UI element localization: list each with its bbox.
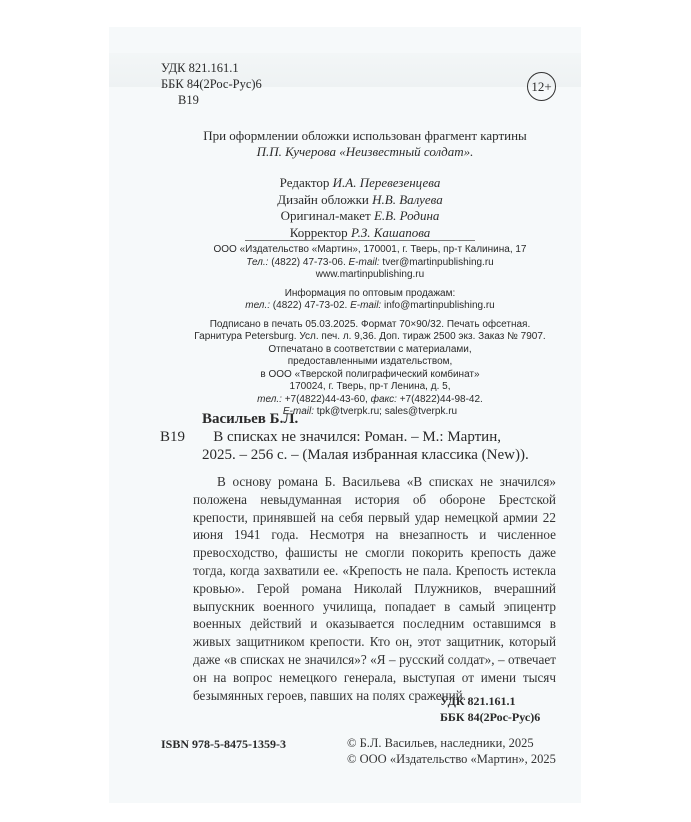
printer-name: в ООО «Тверской полиграфический комбинат… [160,369,580,382]
publisher-address: ООО «Издательство «Мартин», 170001, г. Т… [160,244,580,257]
record-title-line: В списках не значился: Роман. – М.: Март… [202,428,580,446]
wholesale-contact: тел.: (4822) 47-73-02. E-mail: info@mart… [160,300,580,313]
annotation-text: В основу романа Б. Васильева «В списках … [193,473,556,704]
credit-name: И.А. Перевезенцева [333,175,441,190]
credit-editor: Редактор И.А. Перевезенцева [225,175,495,192]
bibliographic-record: Васильев Б.Л. В19 В списках не значился:… [160,410,580,464]
printer-address: 170024, г. Тверь, пр-т Ленина, д. 5, [160,381,580,394]
bbk-code-bottom: ББК 84(2Рос-Рус)6 [440,709,540,725]
credit-name: Н.В. Валуева [372,192,443,207]
author-mark: В19 [161,92,262,108]
record-author: Васильев Б.Л. [160,410,580,428]
print-info-line: Подписано в печать 05.03.2025. Формат 70… [160,319,580,332]
print-info-line: предоставленными издательством, [160,356,580,369]
credit-name: Р.З. Кашапова [351,225,430,240]
publisher-info: ООО «Издательство «Мартин», 170001, г. Т… [160,244,580,419]
isbn: ISBN 978-5-8475-1359-3 [161,737,286,752]
cover-note-artist: П.П. Кучерова «Неизвестный солдат». [140,144,590,160]
cover-note: При оформлении обложки использован фрагм… [140,128,590,160]
record-code: В19 [160,428,202,446]
copyright-publisher: © ООО «Издательство «Мартин», 2025 [347,751,556,767]
divider-rule [245,240,475,241]
credit-cover-design: Дизайн обложки Н.В. Валуева [225,192,495,209]
wholesale-email: info@martinpublishing.ru [384,300,495,311]
classification-block-top: УДК 821.161.1 ББК 84(2Рос-Рус)6 В19 [161,60,262,108]
credit-layout: Оригинал-макет Е.В. Родина [225,208,495,225]
credit-role: Корректор [290,225,348,240]
annotation: В основу романа Б. Васильева «В списках … [193,473,556,704]
copyright-block: © Б.Л. Васильев, наследники, 2025 © ООО … [347,735,556,767]
credit-proofreader: Корректор Р.З. Кашапова [225,225,495,242]
publisher-website: www.martinpublishing.ru [160,269,580,282]
publisher-email: tver@martinpublishing.ru [382,257,493,268]
record-imprint-line: 2025. – 256 с. – (Малая избранная класси… [202,446,580,464]
credit-role: Дизайн обложки [277,192,369,207]
credits-block: Редактор И.А. Перевезенцева Дизайн облож… [225,175,495,241]
udk-code: УДК 821.161.1 [161,61,239,75]
credit-role: Редактор [280,175,330,190]
printer-contact: тел.: +7(4822)44-43-60, факс: +7(4822)44… [160,394,580,407]
copyright-author: © Б.Л. Васильев, наследники, 2025 [347,735,556,751]
cover-note-line: При оформлении обложки использован фрагм… [140,128,590,144]
print-info-line: Гарнитура Petersburg. Усл. печ. л. 9,36.… [160,331,580,344]
bbk-code: ББК 84(2Рос-Рус)6 [161,77,262,91]
credit-role: Оригинал-макет [281,208,371,223]
udk-code-bottom: УДК 821.161.1 [440,693,540,709]
publisher-contact: Тел.: (4822) 47-73-06. E-mail: tver@mart… [160,257,580,270]
print-info-line: Отпечатано в соответствии с материалами, [160,344,580,357]
classification-block-bottom: УДК 821.161.1 ББК 84(2Рос-Рус)6 [440,693,540,725]
credit-name: Е.В. Родина [374,208,439,223]
age-rating-badge: 12+ [527,72,556,101]
wholesale-heading: Информация по оптовым продажам: [160,288,580,301]
